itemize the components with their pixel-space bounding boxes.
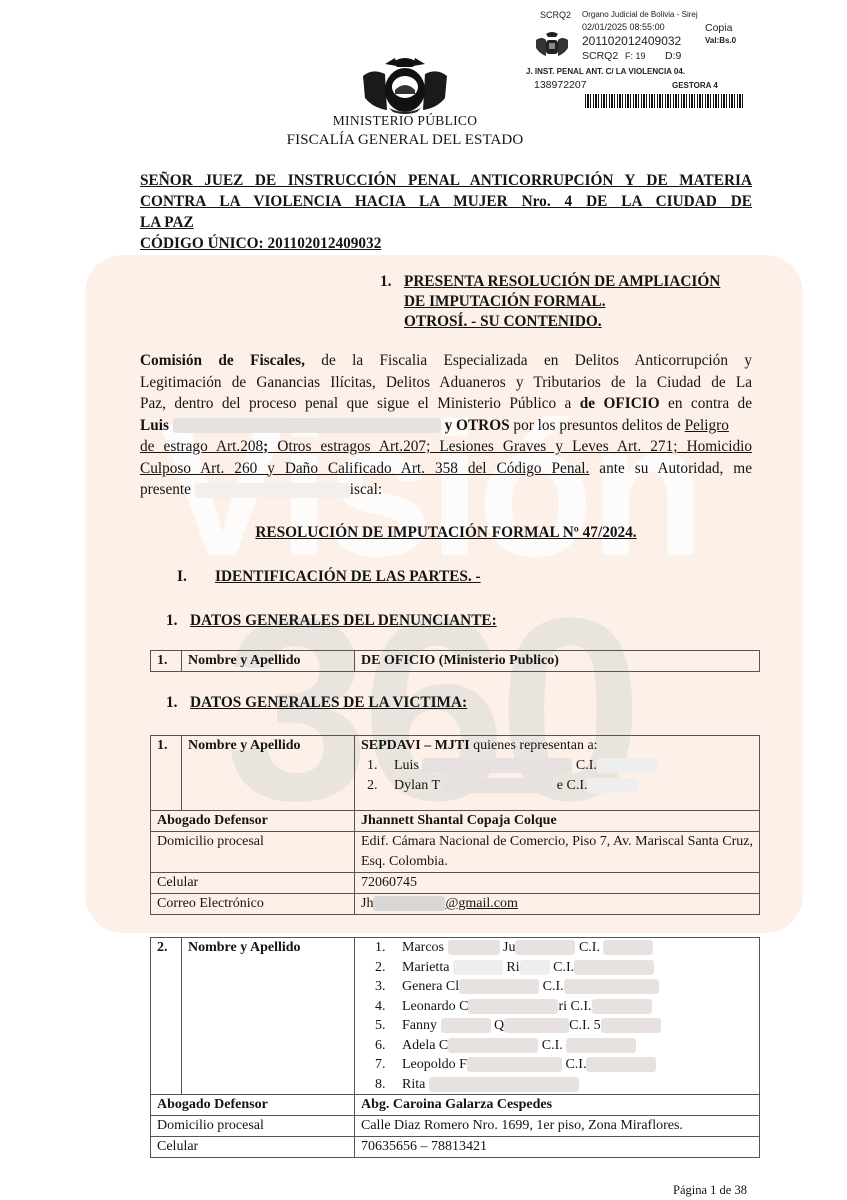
section-number: 1.	[166, 612, 190, 630]
victim-list: 1.Luis C.I. 2.Dylan T e C.I.	[361, 756, 753, 795]
list-index: 6.	[375, 1036, 386, 1056]
table-row: Abogado Defensor Abg. Caroina Galarza Ce…	[151, 1095, 760, 1116]
section-number: I.	[177, 568, 215, 586]
reference-block: 1. PRESENTA RESOLUCIÓN DE AMPLIACIÓN DE …	[380, 272, 760, 332]
person-id: C.I.	[565, 1057, 586, 1072]
list-item: 5.Fanny QC.I. 5	[369, 1016, 753, 1036]
person-name: Fanny	[402, 1018, 437, 1033]
redacted-name	[453, 960, 503, 975]
list-item: 6.Adela C C.I.	[369, 1036, 753, 1056]
intro-bold-otros: y OTROS	[445, 417, 510, 434]
stamp-receipt-number: 138972207	[534, 79, 587, 91]
list-item: 2.Dylan T e C.I.	[361, 776, 753, 796]
redacted-name	[173, 418, 441, 433]
section-title: IDENTIFICACIÓN DE LAS PARTES. -	[215, 568, 481, 585]
table-row: 2. Nombre y Apellido 1.Marcos Ju C.I. 2.…	[151, 938, 760, 1095]
field-value: DE OFICIO (Ministerio Publico)	[355, 651, 760, 672]
redacted-text	[195, 483, 350, 498]
section-title: DATOS GENERALES DE LA VICTIMA:	[190, 694, 467, 711]
row-number: 1.	[151, 651, 182, 672]
redacted-name	[459, 979, 539, 994]
lawyer-name: Abg. Caroina Galarza Cespedes	[355, 1095, 760, 1116]
stamp-copy-label: Copia	[705, 22, 732, 34]
org-name-line1: MINISTERIO PÚBLICO	[290, 113, 520, 129]
list-index: 3.	[375, 977, 386, 997]
stamp-folios: F: 19	[625, 51, 646, 61]
stamp-value: Val:Bs.0	[705, 36, 736, 45]
redacted-name	[467, 1057, 562, 1072]
represented-by: SEPDAVI – MJTI	[361, 738, 470, 753]
field-label: Domicilio procesal	[151, 1116, 355, 1137]
intro-paragraph: Comisión de Fiscales, de la Fiscalia Esp…	[140, 350, 752, 501]
table-row: Celular 72060745	[151, 873, 760, 894]
lawyer-name: Jhannett Shantal Copaja Colque	[355, 811, 760, 832]
bolivia-coat-of-arms-icon	[355, 54, 455, 116]
person-id: C.I.	[579, 940, 600, 955]
field-label: Celular	[151, 873, 355, 894]
redacted-id	[601, 1018, 661, 1033]
stamp-clerk: GESTORA 4	[672, 81, 718, 90]
list-index: 4.	[375, 997, 386, 1017]
list-item: 2.Marietta Ri C.I.	[369, 958, 753, 978]
field-label: Nombre y Apellido	[182, 651, 355, 672]
reference-line: PRESENTA RESOLUCIÓN DE AMPLIACIÓN	[404, 272, 760, 292]
crime-text: Peligro	[685, 417, 729, 434]
redacted-name	[429, 1077, 579, 1092]
intro-bold-fiscales: Comisión de Fiscales,	[140, 352, 305, 369]
table-row: 1. Nombre y Apellido SEPDAVI – MJTI quie…	[151, 736, 760, 811]
redacted-id	[603, 940, 653, 955]
redacted-id	[566, 1038, 636, 1053]
person-name: Genera Cl	[402, 979, 459, 994]
redacted-id	[586, 1057, 656, 1072]
stamp-barcode	[585, 94, 745, 108]
person-id: C.I.	[543, 979, 564, 994]
person-id: C.I.	[553, 960, 574, 975]
addressee-line: LA PAZ	[140, 212, 752, 233]
email-prefix: Jh	[361, 896, 373, 911]
intro-bold-oficio: de OFICIO	[580, 395, 660, 412]
stamp-docs: D:9	[665, 50, 681, 62]
intro-text: presente	[140, 481, 191, 498]
intro-text: Legitimación de Ganancias Ilícitas, Deli…	[140, 372, 752, 394]
section-number: 1.	[166, 694, 190, 712]
list-index: 7.	[375, 1055, 386, 1075]
table-row: Domicilio procesal Edif. Cámara Nacional…	[151, 832, 760, 873]
document-page: SCRQ2 Organo Judicial de Bolivia - Sirej…	[0, 0, 847, 1200]
page-number: Página 1 de 38	[673, 1183, 747, 1198]
victima-table-2: 2. Nombre y Apellido 1.Marcos Ju C.I. 2.…	[150, 937, 760, 1158]
redacted-name	[515, 940, 575, 955]
reference-number: 1.	[380, 272, 391, 292]
person-id: C.I. 5	[569, 1018, 601, 1033]
crime-text: Otros estragos Art.207; Lesiones Graves …	[268, 438, 752, 455]
stamp-court: J. INST. PENAL ANT. C/ LA VIOLENCIA 04.	[526, 67, 685, 76]
person-name: Marietta	[402, 960, 449, 975]
intro-text: de la Fiscalia Especializada en Delitos …	[305, 352, 752, 369]
list-item: 1.Marcos Ju C.I.	[369, 938, 753, 958]
judicial-crest-icon	[532, 30, 572, 60]
redacted-id	[564, 979, 659, 994]
denunciante-table: 1. Nombre y Apellido DE OFICIO (Minister…	[150, 650, 760, 672]
section-title: DATOS GENERALES DEL DENUNCIANTE:	[190, 612, 497, 629]
redacted-name	[448, 1038, 538, 1053]
email-domain: @gmail.com	[445, 896, 517, 911]
field-label: Celular	[151, 1137, 355, 1158]
redacted-id	[574, 960, 654, 975]
reference-line: DE IMPUTACIÓN FORMAL.	[404, 292, 760, 312]
field-value: quienes representan a:	[470, 738, 598, 753]
person-name-part: Ju	[503, 940, 515, 955]
addressee-line: CONTRA LA VIOLENCIA HACIA LA MUJER Nro. …	[140, 191, 752, 212]
accused-name: Luis	[140, 417, 169, 434]
procedural-address: Edif. Cámara Nacional de Comercio, Piso …	[355, 832, 760, 873]
list-item: 4.Leonardo Cri C.I.	[369, 997, 753, 1017]
list-index: 2.	[375, 958, 386, 978]
table-row: Domicilio procesal Calle Diaz Romero Nro…	[151, 1116, 760, 1137]
list-index: 1.	[367, 756, 378, 776]
section-victima: 1.DATOS GENERALES DE LA VICTIMA:	[166, 694, 467, 712]
addressee-line: SEÑOR JUEZ DE INSTRUCCIÓN PENAL ANTICORR…	[140, 170, 752, 191]
redacted-name	[448, 940, 500, 955]
person-name: Marcos	[402, 940, 444, 955]
victim-list: 1.Marcos Ju C.I. 2.Marietta Ri C.I. 3.Ge…	[369, 938, 753, 1094]
redacted-id	[592, 999, 652, 1014]
redacted-id	[587, 778, 637, 793]
list-item: 3.Genera Cl C.I.	[369, 977, 753, 997]
list-index: 1.	[375, 938, 386, 958]
person-name: Leopoldo F	[402, 1057, 467, 1072]
list-index: 8.	[375, 1075, 386, 1095]
intro-text: ante su Autoridad, me	[589, 460, 752, 477]
stamp-datetime: 02/01/2025 08:55:00	[582, 22, 665, 32]
list-item: 1.Luis C.I.	[361, 756, 753, 776]
person-name-part: Ri	[506, 960, 519, 975]
intro-text: Paz, dentro del proceso penal que sigue …	[140, 395, 580, 412]
table-row: Celular 70635656 – 78813421	[151, 1137, 760, 1158]
table-row: Correo Electrónico Jh@gmail.com	[151, 894, 760, 915]
person-name-part: Q	[494, 1018, 504, 1033]
redacted-email	[373, 896, 445, 911]
crime-text: de estrago Art.208	[140, 438, 263, 455]
person-name: Luis	[394, 758, 419, 773]
redacted-name	[443, 778, 553, 793]
list-index: 5.	[375, 1016, 386, 1036]
field-label: Correo Electrónico	[151, 894, 355, 915]
person-id: C.I.	[542, 1038, 563, 1053]
person-name: Adela C	[402, 1038, 448, 1053]
row-number: 2.	[151, 938, 182, 1095]
redacted-name	[422, 758, 572, 773]
stamp-case-number: 201102012409032	[582, 34, 681, 48]
stamp-office-code: SCRQ2	[540, 10, 571, 20]
person-id: e C.I.	[557, 778, 588, 793]
person-name: Leonardo C	[402, 999, 468, 1014]
court-reception-stamp: SCRQ2 Organo Judicial de Bolivia - Sirej…	[510, 8, 750, 108]
table-row: Abogado Defensor Jhannett Shantal Copaja…	[151, 811, 760, 832]
field-label: Nombre y Apellido	[182, 736, 355, 811]
victima-table-1: 1. Nombre y Apellido SEPDAVI – MJTI quie…	[150, 735, 760, 915]
person-name: Rita	[402, 1077, 425, 1092]
row-number: 1.	[151, 736, 182, 811]
person-name: Dylan T	[394, 778, 440, 793]
redacted-name	[468, 999, 558, 1014]
redacted-id	[597, 758, 657, 773]
table-row: 1. Nombre y Apellido DE OFICIO (Minister…	[151, 651, 760, 672]
addressee-block: SEÑOR JUEZ DE INSTRUCCIÓN PENAL ANTICORR…	[140, 170, 752, 254]
intro-text: por los presuntos delitos de	[510, 417, 685, 434]
stamp-office-code-2: SCRQ2	[582, 50, 618, 62]
field-label: Abogado Defensor	[151, 811, 355, 832]
section-denunciante: 1.DATOS GENERALES DEL DENUNCIANTE:	[166, 612, 497, 630]
field-label: Domicilio procesal	[151, 832, 355, 873]
procedural-address: Calle Diaz Romero Nro. 1699, 1er piso, Z…	[355, 1116, 760, 1137]
phone-number: 70635656 – 78813421	[355, 1137, 760, 1158]
phone-number: 72060745	[355, 873, 760, 894]
field-label: Nombre y Apellido	[182, 938, 355, 1095]
list-item: 8.Rita	[369, 1075, 753, 1095]
redacted-name	[504, 1018, 569, 1033]
redacted-name	[441, 1018, 491, 1033]
intro-text: iscal:	[350, 481, 382, 498]
section-identificacion: I.IDENTIFICACIÓN DE LAS PARTES. -	[177, 568, 481, 586]
crime-text: Culposo Art. 260 y Daño Calificado Art. …	[140, 460, 589, 477]
person-id: ri C.I.	[558, 999, 591, 1014]
intro-text: en contra de	[660, 395, 752, 412]
reference-line: OTROSÍ. - SU CONTENIDO.	[404, 312, 760, 332]
list-item: 7.Leopoldo F C.I.	[369, 1055, 753, 1075]
redacted-name	[520, 960, 550, 975]
case-code: CÓDIGO ÚNICO: 201102012409032	[140, 233, 752, 254]
org-name-line2: FISCALÍA GENERAL DEL ESTADO	[270, 132, 540, 149]
person-id: C.I.	[576, 758, 597, 773]
list-index: 2.	[367, 776, 378, 796]
resolution-title: RESOLUCIÓN DE IMPUTACIÓN FORMAL Nº 47/20…	[140, 524, 752, 542]
stamp-institution: Organo Judicial de Bolivia - Sirej	[582, 10, 698, 19]
field-label: Abogado Defensor	[151, 1095, 355, 1116]
